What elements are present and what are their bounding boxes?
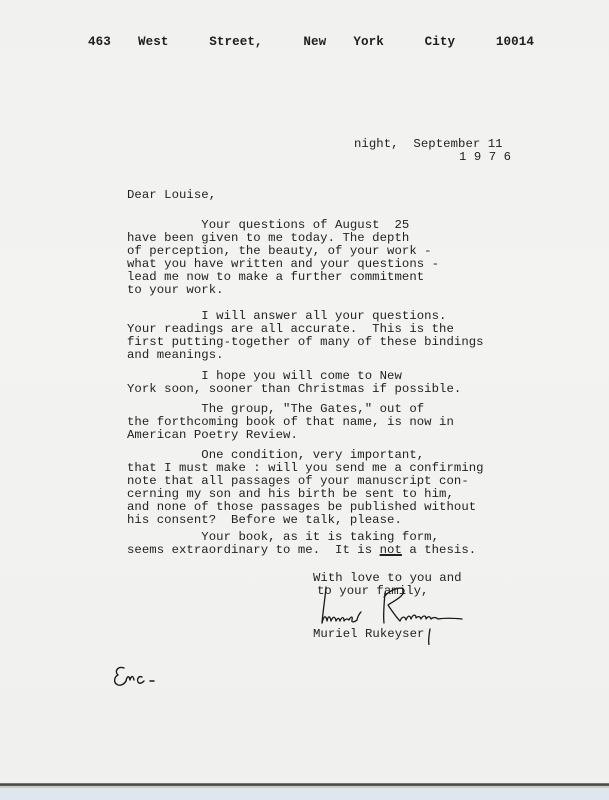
paragraph-line: Your book, as it is taking form, — [127, 530, 439, 544]
paragraph-line: lead me now to make a further commitment — [127, 270, 424, 284]
closing-line-1: With love to you and — [313, 571, 462, 585]
paragraph-line: his consent? Before we talk, please. — [127, 513, 402, 527]
salutation: Dear Louise, — [127, 188, 216, 202]
handwritten-enclosure-note: Enc. — [112, 663, 172, 693]
paragraph-line: One condition, very important, — [127, 448, 424, 462]
dateline-day: night, September 11 — [354, 137, 503, 151]
paragraph-text-tail: a thesis. — [402, 543, 476, 557]
emphasis-underlined: not — [380, 543, 402, 557]
paragraph-line: first putting-together of many of these … — [127, 335, 484, 349]
paragraph-line: what you have written and your questions… — [127, 257, 439, 271]
paragraph-line: have been given to me today. The depth — [127, 231, 409, 245]
paragraph-line: and none of those passages be published … — [127, 500, 476, 514]
paragraph-line: to your work. — [127, 283, 224, 297]
paragraph-line: I hope you will come to New — [127, 369, 402, 383]
letterhead-address: 463 West Street, New York City 10014 — [88, 35, 534, 49]
paragraph-line: American Poetry Review. — [127, 428, 298, 442]
paper-bottom-shadow — [0, 786, 609, 788]
paragraph-line: Your readings are all accurate. This is … — [127, 322, 454, 336]
paragraph-line: I will answer all your questions. — [127, 309, 446, 323]
paragraph-line: and meanings. — [127, 348, 224, 362]
paragraph-line: The group, "The Gates," out of — [127, 402, 424, 416]
paragraph-line: cerning my son and his birth be sent to … — [127, 487, 454, 501]
paragraph-line: of perception, the beauty, of your work … — [127, 244, 432, 258]
paragraph-text: seems extraordinary to me. It is — [127, 543, 380, 557]
paragraph-line: that I must make : will you send me a co… — [127, 461, 484, 475]
letter-page: 463 West Street, New York City 10014 nig… — [0, 0, 609, 786]
paragraph-line-final: seems extraordinary to me. It is not a t… — [127, 543, 476, 557]
paragraph-line: the forthcoming book of that name, is no… — [127, 415, 454, 429]
paragraph-line: York soon, sooner than Christmas if poss… — [127, 382, 461, 396]
paragraph-line: Your questions of August 25 — [127, 218, 409, 232]
paragraph-line: note that all passages of your manuscrip… — [127, 474, 469, 488]
typed-signature: Muriel Rukeyser — [313, 627, 424, 641]
dateline-year: 1 9 7 6 — [459, 150, 511, 164]
